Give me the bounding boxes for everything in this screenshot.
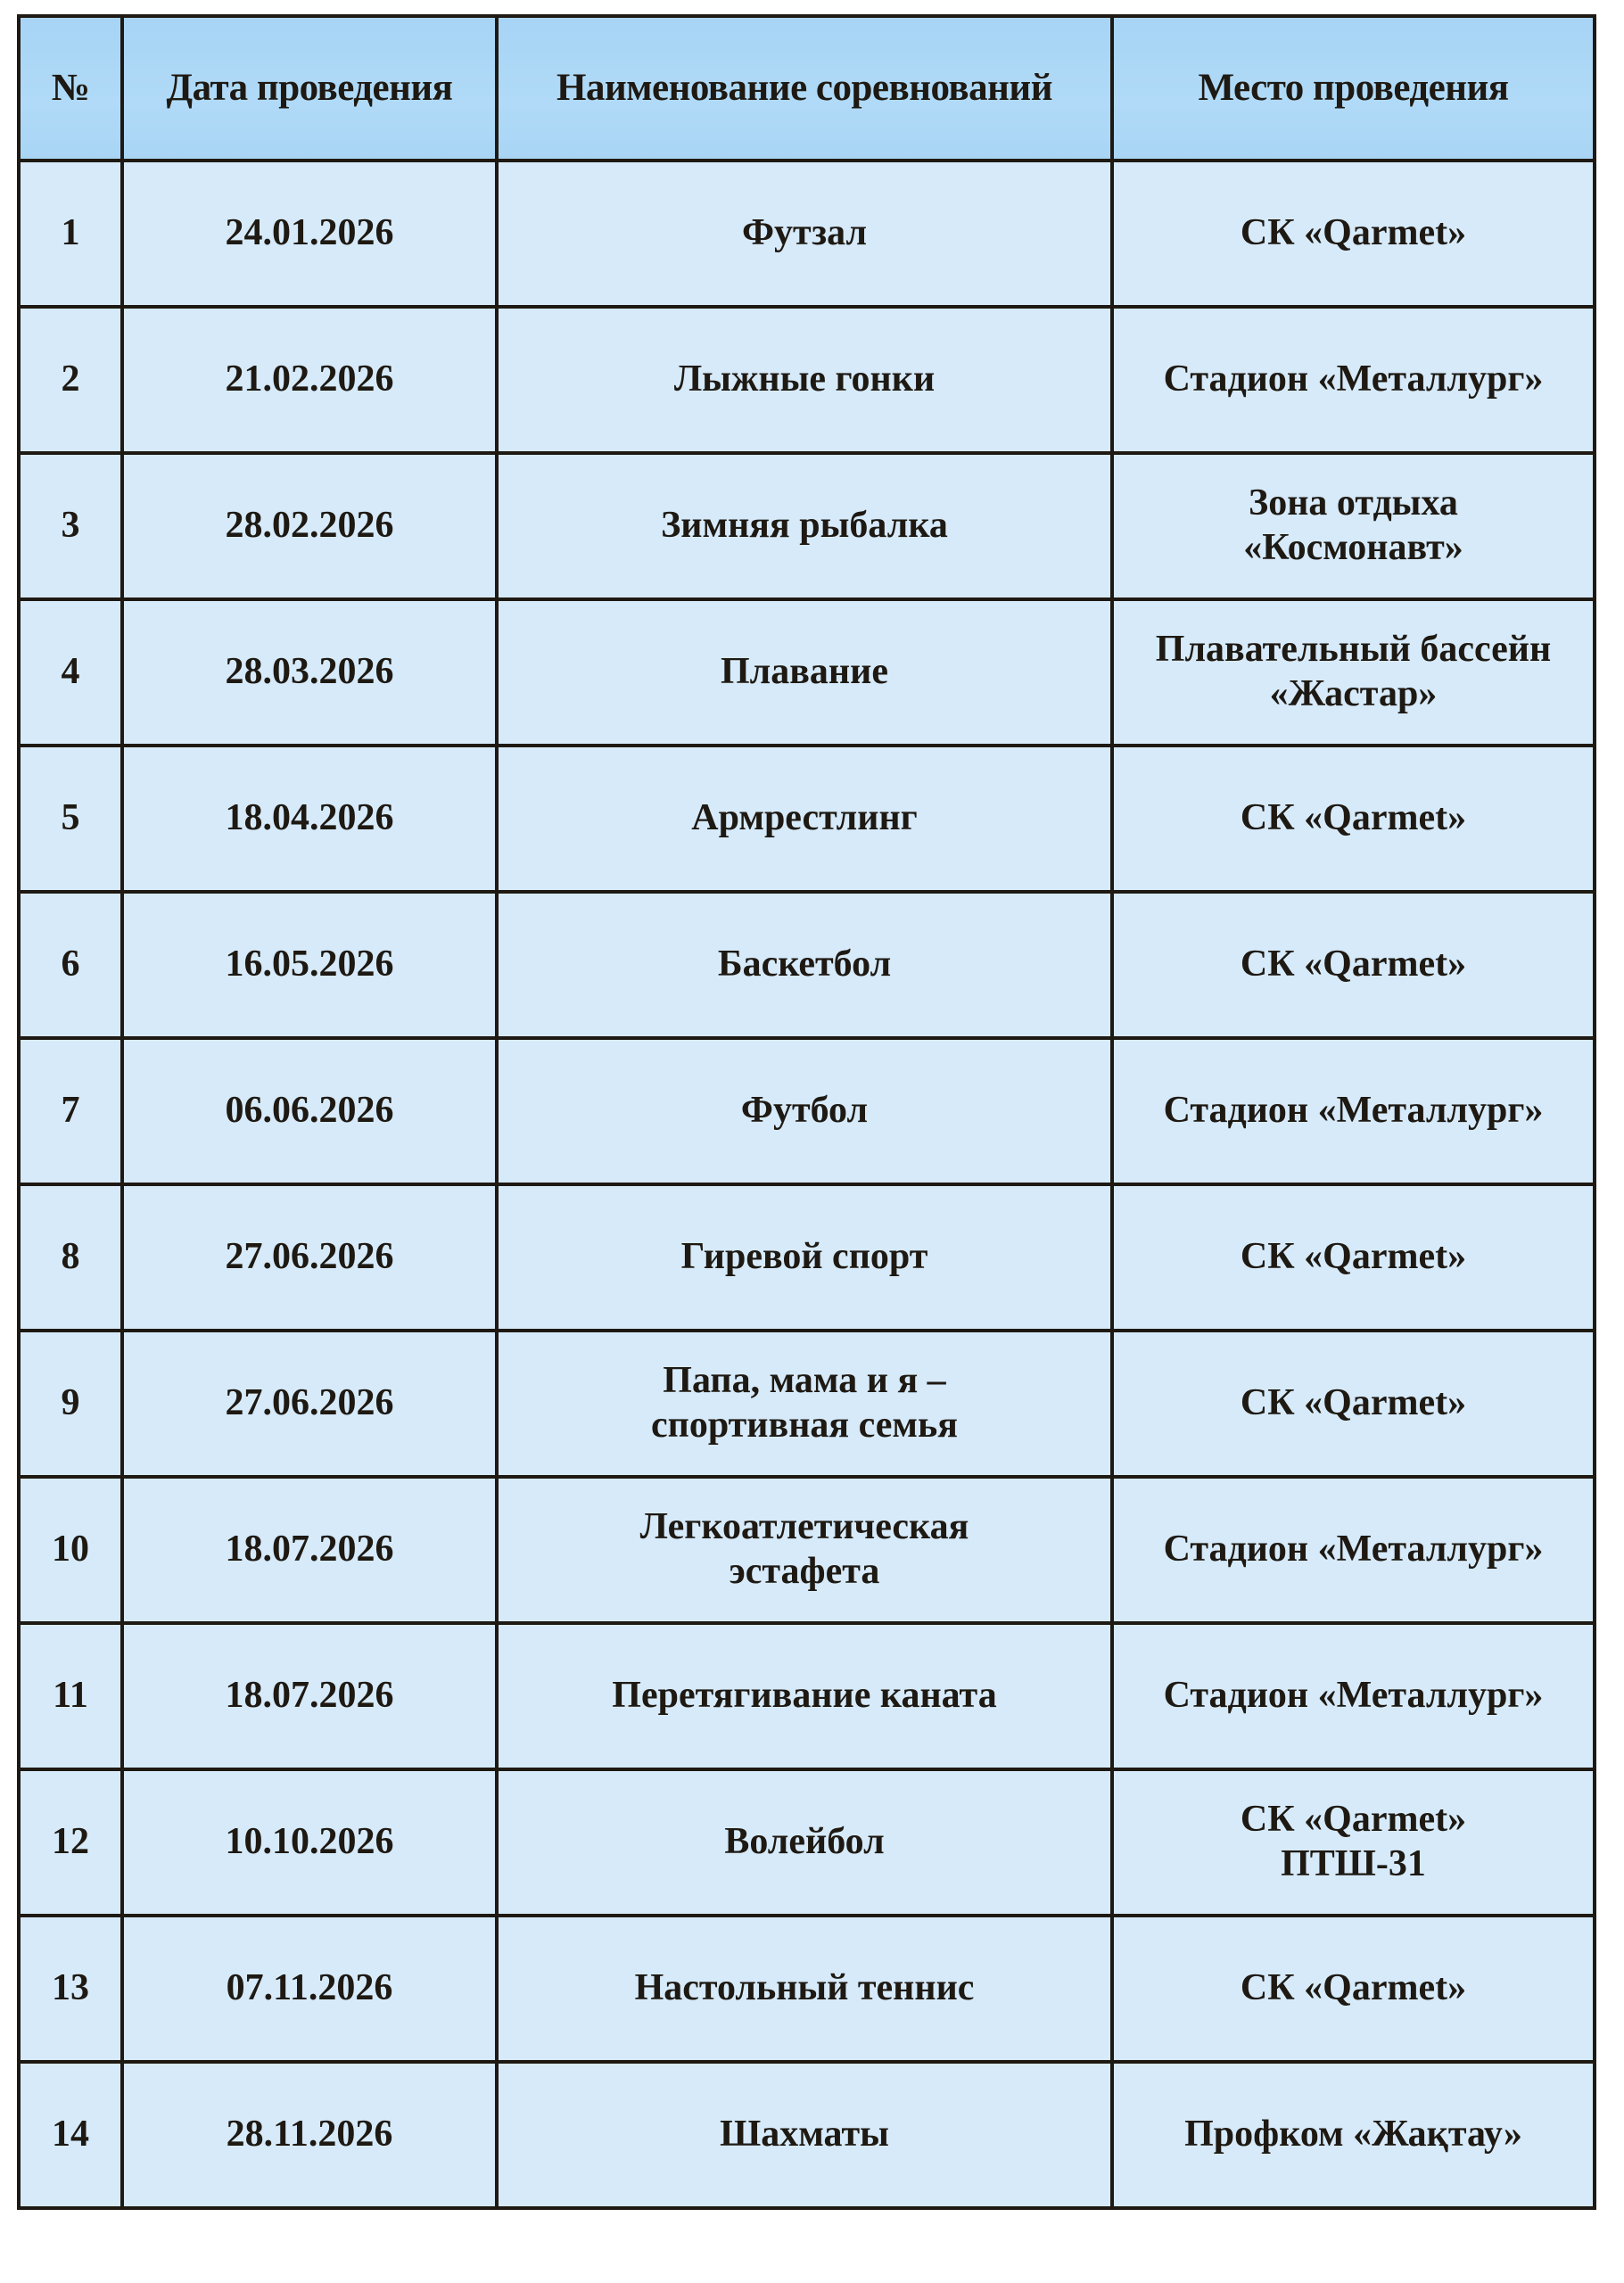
row-venue: СК «Qarmet»	[1112, 1331, 1595, 1477]
row-number: 11	[19, 1623, 122, 1769]
row-competition-name: Зимняя рыбалка	[497, 453, 1112, 599]
table-row: 221.02.2026Лыжные гонкиСтадион «Металлур…	[19, 307, 1595, 453]
row-date: 18.07.2026	[122, 1477, 497, 1623]
row-competition-name: Футбол	[497, 1038, 1112, 1184]
row-competition-name: Настольный теннис	[497, 1916, 1112, 2062]
competition-name-line: спортивная семья	[504, 1404, 1105, 1448]
row-competition-name: Футзал	[497, 161, 1112, 307]
competition-name-line: Перетягивание каната	[504, 1674, 1105, 1718]
row-competition-name: Шахматы	[497, 2062, 1112, 2208]
table-header: № Дата проведения Наименование соревнова…	[19, 16, 1595, 161]
table-row: 1428.11.2026ШахматыПрофком «Жақтау»	[19, 2062, 1595, 2208]
table-row: 827.06.2026Гиревой спортСК «Qarmet»	[19, 1184, 1595, 1331]
header-number: №	[19, 16, 122, 161]
competition-name-line: Зимняя рыбалка	[504, 504, 1105, 548]
competition-name-line: Баскетбол	[504, 943, 1105, 987]
row-date: 28.03.2026	[122, 599, 497, 746]
competition-name-line: Плавание	[504, 650, 1105, 695]
row-venue: СК «Qarmet»	[1112, 1916, 1595, 2062]
row-date: 10.10.2026	[122, 1769, 497, 1916]
row-number: 6	[19, 892, 122, 1038]
row-venue: СК «Qarmet»	[1112, 892, 1595, 1038]
row-venue: Плавательный бассейн«Жастар»	[1112, 599, 1595, 746]
row-date: 21.02.2026	[122, 307, 497, 453]
table-row: 1307.11.2026Настольный теннисСК «Qarmet»	[19, 1916, 1595, 2062]
row-number: 2	[19, 307, 122, 453]
row-number: 7	[19, 1038, 122, 1184]
venue-line: СК «Qarmet»	[1119, 1381, 1587, 1426]
row-venue: Зона отдыха«Космонавт»	[1112, 453, 1595, 599]
table-row: 124.01.2026ФутзалСК «Qarmet»	[19, 161, 1595, 307]
venue-line: СК «Qarmet»	[1119, 796, 1587, 841]
row-venue: СК «Qarmet»	[1112, 161, 1595, 307]
table-row: 706.06.2026ФутболСтадион «Металлург»	[19, 1038, 1595, 1184]
venue-line: Зона отдыха	[1119, 482, 1587, 526]
row-competition-name: Гиревой спорт	[497, 1184, 1112, 1331]
row-date: 27.06.2026	[122, 1184, 497, 1331]
table-row: 1210.10.2026ВолейболСК «Qarmet»ПТШ-31	[19, 1769, 1595, 1916]
row-venue: Профком «Жақтау»	[1112, 2062, 1595, 2208]
venue-line: Стадион «Металлург»	[1119, 358, 1587, 402]
header-competition-name: Наименование соревнований	[497, 16, 1112, 161]
venue-line: Профком «Жақтау»	[1119, 2113, 1587, 2157]
row-date: 27.06.2026	[122, 1331, 497, 1477]
table-row: 518.04.2026АрмрестлингСК «Qarmet»	[19, 746, 1595, 892]
venue-line: Стадион «Металлург»	[1119, 1089, 1587, 1133]
competition-name-line: Гиревой спорт	[504, 1235, 1105, 1280]
row-venue: СК «Qarmet»	[1112, 746, 1595, 892]
competition-name-line: Футзал	[504, 211, 1105, 256]
venue-line: Стадион «Металлург»	[1119, 1528, 1587, 1572]
venue-line: СК «Qarmet»	[1119, 1798, 1587, 1842]
row-number: 12	[19, 1769, 122, 1916]
row-competition-name: Легкоатлетическаяэстафета	[497, 1477, 1112, 1623]
row-competition-name: Волейбол	[497, 1769, 1112, 1916]
header-date: Дата проведения	[122, 16, 497, 161]
row-date: 18.04.2026	[122, 746, 497, 892]
row-number: 14	[19, 2062, 122, 2208]
row-date: 28.11.2026	[122, 2062, 497, 2208]
row-number: 13	[19, 1916, 122, 2062]
row-number: 4	[19, 599, 122, 746]
table-body: 124.01.2026ФутзалСК «Qarmet»221.02.2026Л…	[19, 161, 1595, 2208]
venue-line: ПТШ-31	[1119, 1842, 1587, 1887]
row-date: 28.02.2026	[122, 453, 497, 599]
row-date: 24.01.2026	[122, 161, 497, 307]
row-venue: Стадион «Металлург»	[1112, 307, 1595, 453]
competition-schedule-table: № Дата проведения Наименование соревнова…	[17, 14, 1596, 2210]
row-competition-name: Плавание	[497, 599, 1112, 746]
row-competition-name: Перетягивание каната	[497, 1623, 1112, 1769]
competition-name-line: Волейбол	[504, 1820, 1105, 1865]
row-venue: Стадион «Металлург»	[1112, 1038, 1595, 1184]
row-number: 3	[19, 453, 122, 599]
competition-name-line: Лыжные гонки	[504, 358, 1105, 402]
row-number: 8	[19, 1184, 122, 1331]
table-row: 1118.07.2026Перетягивание канатаСтадион …	[19, 1623, 1595, 1769]
competition-name-line: Футбол	[504, 1089, 1105, 1133]
row-venue: СК «Qarmet»ПТШ-31	[1112, 1769, 1595, 1916]
competition-name-line: Легкоатлетическая	[504, 1505, 1105, 1550]
row-competition-name: Армрестлинг	[497, 746, 1112, 892]
row-date: 16.05.2026	[122, 892, 497, 1038]
row-venue: СК «Qarmet»	[1112, 1184, 1595, 1331]
table-row: 1018.07.2026ЛегкоатлетическаяэстафетаСта…	[19, 1477, 1595, 1623]
row-venue: Стадион «Металлург»	[1112, 1477, 1595, 1623]
row-competition-name: Лыжные гонки	[497, 307, 1112, 453]
row-competition-name: Баскетбол	[497, 892, 1112, 1038]
row-number: 1	[19, 161, 122, 307]
competition-name-line: Папа, мама и я –	[504, 1359, 1105, 1404]
row-date: 07.11.2026	[122, 1916, 497, 2062]
row-competition-name: Папа, мама и я –спортивная семья	[497, 1331, 1112, 1477]
table-row: 927.06.2026Папа, мама и я –спортивная се…	[19, 1331, 1595, 1477]
table-row: 328.02.2026Зимняя рыбалкаЗона отдыха«Кос…	[19, 453, 1595, 599]
venue-line: СК «Qarmet»	[1119, 211, 1587, 256]
competition-name-line: эстафета	[504, 1550, 1105, 1595]
row-number: 10	[19, 1477, 122, 1623]
table-row: 616.05.2026БаскетболСК «Qarmet»	[19, 892, 1595, 1038]
row-venue: Стадион «Металлург»	[1112, 1623, 1595, 1769]
venue-line: СК «Qarmet»	[1119, 1235, 1587, 1280]
header-row: № Дата проведения Наименование соревнова…	[19, 16, 1595, 161]
row-number: 5	[19, 746, 122, 892]
competition-name-line: Шахматы	[504, 2113, 1105, 2157]
venue-line: Стадион «Металлург»	[1119, 1674, 1587, 1718]
row-date: 06.06.2026	[122, 1038, 497, 1184]
venue-line: СК «Qarmet»	[1119, 943, 1587, 987]
venue-line: СК «Qarmet»	[1119, 1966, 1587, 2011]
competition-name-line: Армрестлинг	[504, 796, 1105, 841]
row-number: 9	[19, 1331, 122, 1477]
header-venue: Место проведения	[1112, 16, 1595, 161]
venue-line: «Жастар»	[1119, 672, 1587, 717]
row-date: 18.07.2026	[122, 1623, 497, 1769]
venue-line: «Космонавт»	[1119, 526, 1587, 571]
table-row: 428.03.2026ПлаваниеПлавательный бассейн«…	[19, 599, 1595, 746]
venue-line: Плавательный бассейн	[1119, 628, 1587, 672]
competition-name-line: Настольный теннис	[504, 1966, 1105, 2011]
